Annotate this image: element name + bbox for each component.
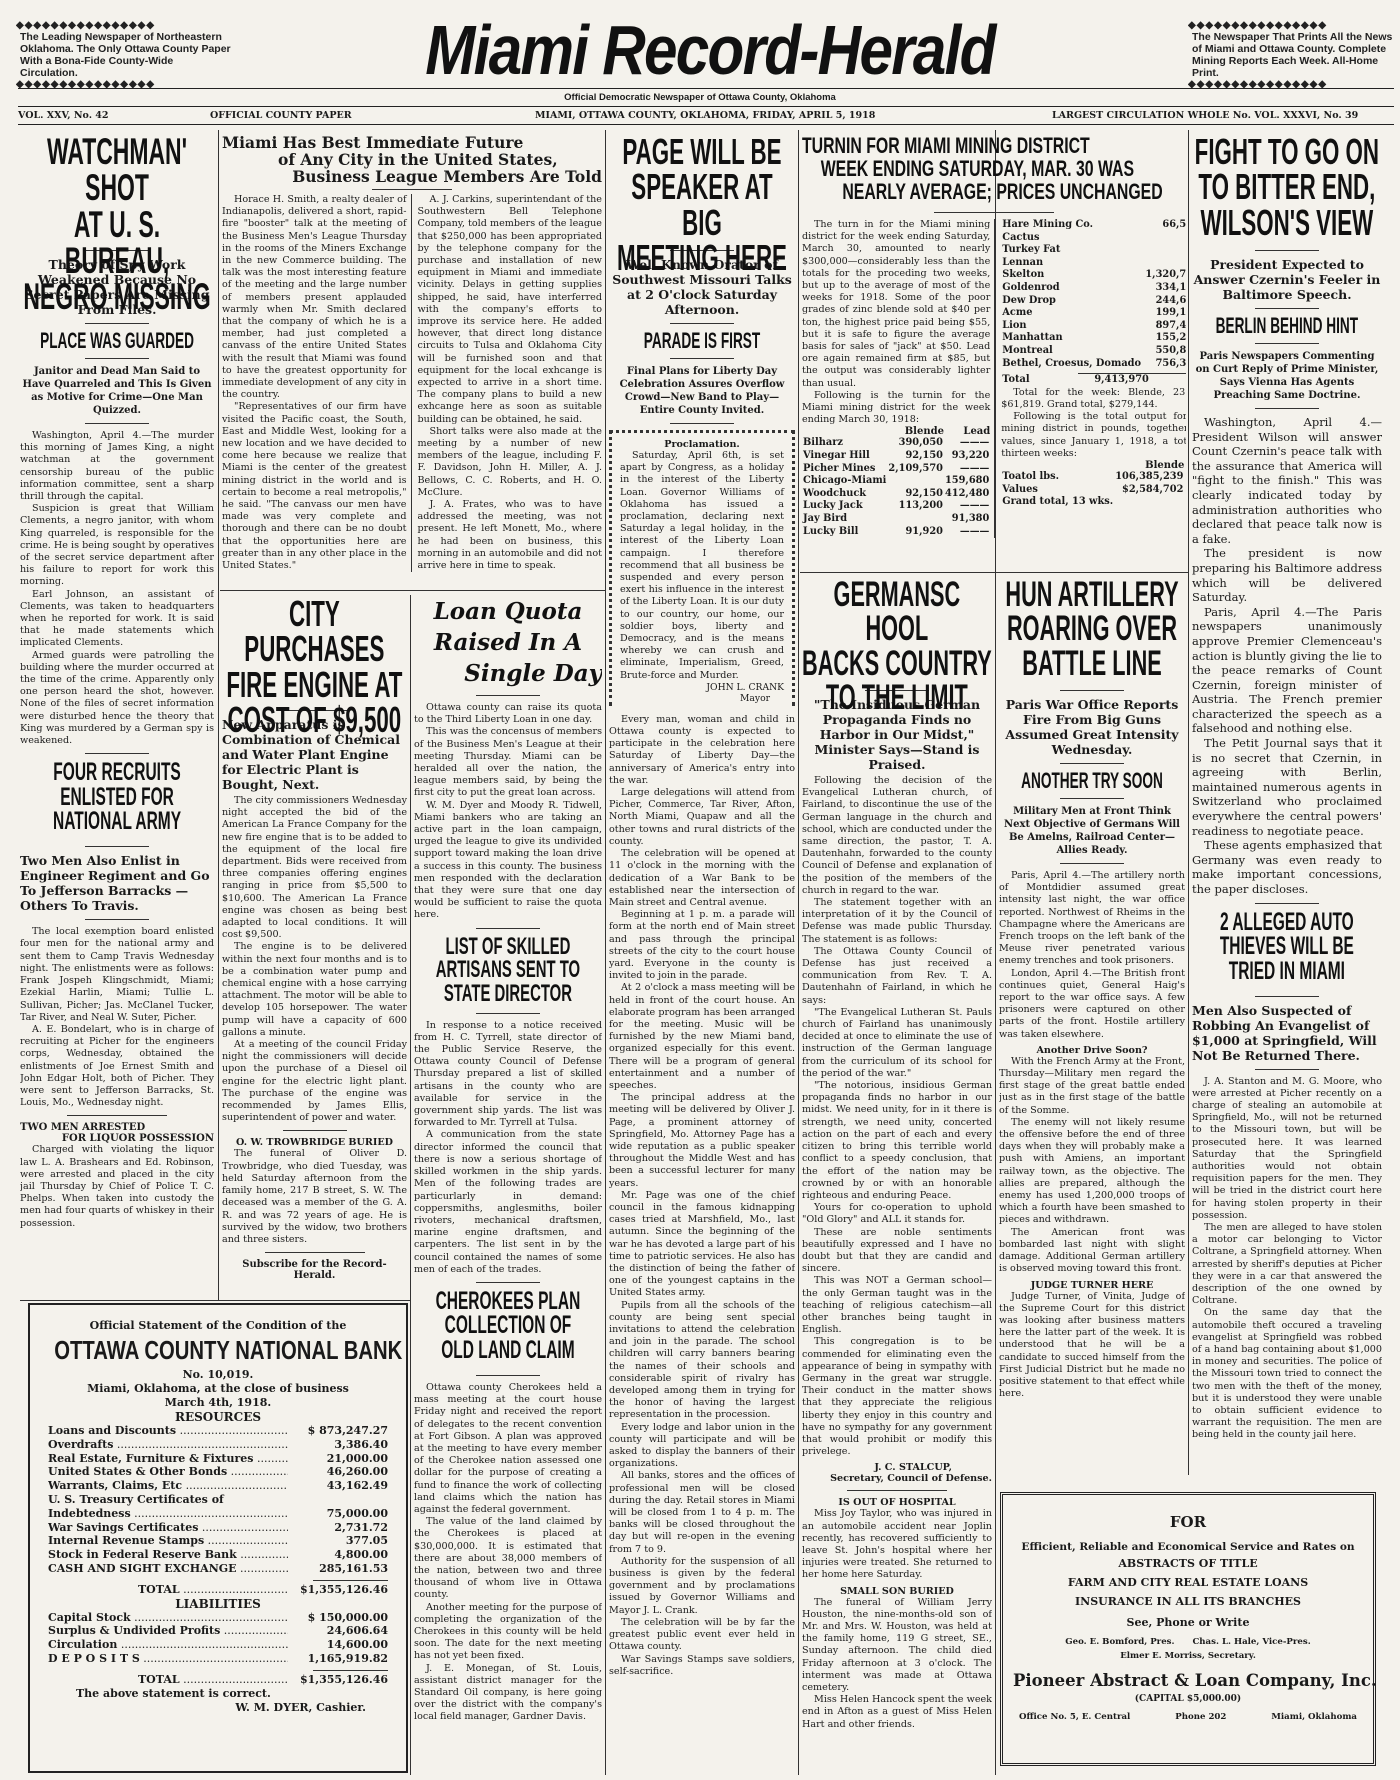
separator <box>476 1282 540 1283</box>
line-item-amount: 75,000.00 <box>288 1507 388 1521</box>
mine-value <box>887 475 944 488</box>
mine-name: Vinegar Hill <box>802 450 887 463</box>
ad-capital: (CAPITAL $5,000.00) <box>1013 1694 1363 1704</box>
headline: CHEROKEES PLAN COLLECTION OF OLD LAND CL… <box>414 1289 602 1363</box>
column-rule <box>1188 130 1189 1475</box>
table-row: Cactus30,870 <box>1001 232 1186 245</box>
separator <box>1255 1069 1319 1070</box>
table-row: Dew Drop244,61088,480 <box>1001 295 1186 308</box>
proclamation-signature-title: Mayor <box>620 693 784 704</box>
line-item-amount: 14,600.00 <box>288 1638 388 1652</box>
article-body: Ottawa county Cherokees held a mass meet… <box>414 1382 602 1724</box>
column-rule <box>605 130 606 1775</box>
paragraph: The city commissioners Wednesday night a… <box>222 795 407 941</box>
paragraph: Suspicion is great that William Clements… <box>20 503 214 588</box>
ad-service: ABSTRACTS OF TITLE <box>1013 1555 1363 1572</box>
article-body: The local exemption board enlisted four … <box>20 926 214 1109</box>
separator <box>1060 690 1124 691</box>
paragraph: This congregation is to be commended for… <box>802 1336 992 1458</box>
paragraph: "Representatives of our firm have visite… <box>222 401 407 572</box>
headline: CITY PURCHASES FIRE ENGINE AT COST OF $9… <box>222 596 407 737</box>
mine-value: ——— <box>944 526 990 539</box>
headline: GERMANSC HOOL BACKS COUNTRY TO THE LIMIT <box>802 578 992 715</box>
paragraph: These are noble sentiments beautifully e… <box>802 1227 992 1276</box>
mine-name: Cactus <box>1001 232 1143 245</box>
table-row: Hare Mining Co.66,500——— <box>1001 219 1186 232</box>
line-item-label: CASH AND SIGHT EXCHANGE <box>48 1562 288 1576</box>
paragraph: J. E. Monegan, of St. Louis, assistant d… <box>414 1663 602 1724</box>
separator <box>670 323 734 324</box>
mine-value: 159,680 <box>944 475 990 488</box>
article-wilson: FIGHT TO GO ON TO BITTER END, WILSON'S V… <box>1192 134 1382 1474</box>
paragraph: Ottawa county can raise its quota to the… <box>414 702 602 726</box>
article-body: Ottawa county can raise its quota to the… <box>414 702 602 922</box>
mining-right: Hare Mining Co.66,500———Cactus30,870Turk… <box>1001 219 1186 538</box>
paragraph: Washington, April 4.—The murder this mor… <box>20 430 214 503</box>
article-body: The turn in for the Miami mining distric… <box>802 219 990 426</box>
paragraph: This was NOT a German school—the only Ge… <box>802 1275 992 1336</box>
paragraph: On the same day that the automobile thef… <box>1192 1307 1382 1441</box>
mine-value: 2,109,570 <box>887 463 944 476</box>
ad-service: FARM AND CITY REAL ESTATE LOANS <box>1013 1574 1363 1591</box>
paragraph: At a meeting of the council Friday night… <box>222 1039 407 1124</box>
headline-line: HUN ARTILLERY <box>999 578 1185 612</box>
deck: Two Men Also Enlist in Engineer Regiment… <box>20 853 214 913</box>
separator <box>1255 343 1319 344</box>
paragraph: A. E. Bondelart, who is in charge of rec… <box>20 1024 214 1109</box>
mine-name: Chicago-Miami <box>802 475 887 488</box>
paragraph: Miss Helen Hancock spent the week end in… <box>802 1694 992 1731</box>
paragraph: The principal address at the meeting wil… <box>609 1092 795 1190</box>
bank-line-item: D E P O S I T S1,165,919.82 <box>48 1652 388 1666</box>
mine-name: Skelton <box>1001 269 1143 282</box>
mine-value: 244,610 <box>1144 295 1186 308</box>
paragraph: J. A. Frates, who was to have addressed … <box>418 499 603 572</box>
bank-line-item: Loans and Discounts$ 873,247.27 <box>48 1424 388 1438</box>
bank-line-item: Surplus & Undivided Profits24,606.64 <box>48 1624 388 1638</box>
line-item-amount: 2,731.72 <box>288 1521 388 1535</box>
subhead: ANOTHER TRY SOON <box>999 770 1185 792</box>
headline-line: CHEROKEES PLAN <box>414 1289 602 1314</box>
mine-name: Hare Mining Co. <box>1001 219 1143 232</box>
headline: FIGHT TO GO ON TO BITTER END, WILSON'S V… <box>1192 134 1382 240</box>
article-fire-engine: CITY PURCHASES FIRE ENGINE AT COST OF $9… <box>222 596 407 1296</box>
paragraph: Authority for the suspension of all busi… <box>609 1556 795 1617</box>
column-header: Lead <box>1184 460 1186 471</box>
column-header <box>1001 460 1114 471</box>
paragraph: Short talks were also made at the meetin… <box>418 426 603 499</box>
headline-line: ENLISTED FOR <box>20 785 214 810</box>
headline-line: COLLECTION OF <box>414 1313 602 1338</box>
mine-value: 1,320,740 <box>1144 269 1186 282</box>
paragraph: "The Evangelical Lutheran St. Pauls chur… <box>802 1007 992 1080</box>
headline-line: FIGHT TO GO ON <box>1192 134 1382 169</box>
right-ear-box: ◆◆◆◆◆◆◆◆◆◆◆◆◆◆◆◆ The Newspaper That Prin… <box>1188 20 1400 90</box>
ad-officers: Geo. E. Bomford, Pres. Chas. L. Hale, Vi… <box>1013 1635 1363 1663</box>
signer: W. M. DYER, Cashier. <box>48 1701 388 1715</box>
article-body: Every man, woman and child in Ottawa cou… <box>609 714 795 1678</box>
line-item-amount: 21,000.00 <box>288 1452 388 1466</box>
bank-line-item: CASH AND SIGHT EXCHANGE285,161.53 <box>48 1562 388 1576</box>
paragraph: J. A. Stanton and M. G. Moore, who were … <box>1192 1076 1382 1222</box>
subhead: PLACE WAS GUARDED <box>20 330 214 352</box>
table-header-row: BlendeLead <box>1001 460 1186 471</box>
signature: J. C. STALCUP, <box>802 1462 992 1473</box>
headline: PAGE WILL BE SPEAKER AT BIG MEETING HERE <box>609 134 795 275</box>
headline-line: 2 ALLEGED AUTO <box>1192 910 1382 935</box>
mine-value: 9,413,970 <box>1052 374 1150 387</box>
officer: Elmer E. Morriss, Secretary. <box>1120 1651 1256 1661</box>
table-row: Lucky Jack113,200——— <box>802 500 990 513</box>
paragraph: Miss Joy Taylor, who was injured in an a… <box>802 1508 992 1581</box>
article-body: With the French Army at the Front, Thurs… <box>999 1056 1185 1276</box>
total-rule <box>313 1670 388 1671</box>
headline-line: SPEAKER AT BIG <box>609 169 795 240</box>
mine-value: 66,500 <box>1144 219 1186 232</box>
mine-value: $2,584,702 <box>1114 484 1184 497</box>
ad-company: Pioneer Abstract & Loan Company, Inc. <box>1013 1671 1363 1690</box>
officer: Geo. E. Bomford, Pres. <box>1065 1637 1174 1647</box>
paragraph: Judge Turner, of Vinita, Judge of the Su… <box>999 1291 1185 1401</box>
table-row: Chicago-Miami159,680 <box>802 475 990 488</box>
article-body: Paris, April 4.—The artillery north of M… <box>999 870 1185 1041</box>
table-row: Woodchuck92,150412,480 <box>802 488 990 501</box>
mine-name: Grand total, 13 wks. <box>1001 496 1114 509</box>
mine-name: Bilharz <box>802 437 887 450</box>
subhead: FOR LIQUOR POSSESSION <box>20 1133 214 1144</box>
deck: Paris War Office Reports Fire From Big G… <box>999 697 1185 757</box>
total-label: TOTAL <box>48 1583 288 1597</box>
headline-line: NEGRO MISSING <box>20 279 214 315</box>
separator <box>1255 996 1319 997</box>
paragraph: The local exemption board enlisted four … <box>20 926 214 1024</box>
separator <box>476 1375 540 1376</box>
headline-line: THIEVES WILL BE <box>1192 934 1382 959</box>
proclamation-box: Proclamation. Saturday, April 6th, is se… <box>609 430 795 706</box>
mine-name: Lennan <box>1001 257 1143 270</box>
headline-line: ROARING OVER <box>999 612 1185 646</box>
separator <box>85 423 149 424</box>
table-row: Picher Mines2,109,570——— <box>802 463 990 476</box>
subhead: SMALL SON BURIED <box>802 1586 992 1597</box>
table-row: Values$2,584,702$7,549,35 <box>1001 484 1186 497</box>
headline-line: ARTISANS SENT TO <box>414 958 602 982</box>
headline-line: BATTLE LINE <box>999 647 1185 681</box>
masthead-rule <box>18 106 1394 107</box>
paragraph: The turn in for the Miami mining distric… <box>802 219 990 390</box>
mine-value <box>1114 496 1184 509</box>
separator <box>1060 763 1124 764</box>
separator <box>67 1115 167 1116</box>
line-item-amount: 285,161.53 <box>288 1562 388 1576</box>
ad-service: INSURANCE IN ALL ITS BRANCHES <box>1013 1593 1363 1610</box>
table-header-row: BlendeLead <box>802 426 990 437</box>
attestation: The above statement is correct. <box>48 1687 388 1701</box>
paragraph: These agents emphasized that Germany was… <box>1192 838 1382 896</box>
table-row: Vinegar Hill92,15093,220 <box>802 450 990 463</box>
ad-city: Miami, Oklahoma <box>1271 1712 1357 1722</box>
paragraph: Every man, woman and child in Ottawa cou… <box>609 714 795 787</box>
subhead: JUDGE TURNER HERE <box>999 1280 1185 1291</box>
column-header <box>802 426 887 437</box>
article-body: Judge Turner, of Vinita, Judge of the Su… <box>999 1291 1185 1401</box>
paragraph: W. M. Dyer and Moody R. Tidwell, Miami b… <box>414 800 602 922</box>
headline: TURNIN FOR MIAMI MINING DISTRICT WEEK EN… <box>802 134 1184 203</box>
mine-name: Bethel, Croesus, Domado <box>1001 358 1143 371</box>
article-loan-quota: Loan Quota Raised In A Single Day Ottawa… <box>414 596 602 1776</box>
paragraph: The celebration will be by far the great… <box>609 1617 795 1654</box>
line-item-label: War Savings Certificates <box>48 1521 288 1535</box>
bank-line-item: Internal Revenue Stamps377.05 <box>48 1534 388 1548</box>
paragraph: Horace H. Smith, a realty dealer of Indi… <box>222 194 407 401</box>
liabilities-total-row: TOTAL $1,355,126.46 <box>48 1673 388 1687</box>
line-item-label: D E P O S I T S <box>48 1652 288 1666</box>
mine-value: ——— <box>944 500 990 513</box>
separator <box>1255 408 1319 409</box>
headline-line: Raised In A <box>414 627 602 658</box>
paragraph: Following is the turnin for the Miami mi… <box>802 390 990 427</box>
mining-left: The turn in for the Miami mining distric… <box>802 219 995 538</box>
headline-line: STATE DIRECTOR <box>414 982 602 1006</box>
left-ear-box: ◆◆◆◆◆◆◆◆◆◆◆◆◆◆◆◆ The Leading Newspaper o… <box>16 20 236 90</box>
liabilities-list: Capital Stock$ 150,000.00Surplus & Undiv… <box>48 1611 388 1666</box>
mine-name: Dew Drop <box>1001 295 1143 308</box>
headline-line: GERMANSC HOOL <box>802 578 992 647</box>
line-item-amount: 3,386.40 <box>288 1438 388 1452</box>
table-row: Bilharz390,050——— <box>802 437 990 450</box>
proclamation-title: Proclamation. <box>620 439 784 450</box>
circulation-note: LARGEST CIRCULATION WHOLE No. VOL. XXXVI… <box>1052 110 1358 121</box>
mine-name: Woodchuck <box>802 488 887 501</box>
table-row: Toatol lbs.106,385,23924,652,303 <box>1001 471 1186 484</box>
headline: Miami Has Best Immediate Future of Any C… <box>222 134 602 185</box>
paragraph: The enemy will not likely resume the off… <box>999 1117 1185 1227</box>
paragraph: Pupils from all the schools of the count… <box>609 1300 795 1422</box>
headline-line: PAGE WILL BE <box>609 134 795 169</box>
subhead: IS OUT OF HOSPITAL <box>802 1497 992 1508</box>
line-item-label: Warrants, Claims, Etc <box>48 1479 288 1493</box>
mine-name: Montreal <box>1001 345 1143 358</box>
article-body: Following the decision of the Evangelica… <box>802 775 992 1458</box>
total-amount: $1,355,126.46 <box>288 1673 388 1687</box>
official-subline: Official Democratic Newspaper of Ottawa … <box>0 92 1400 103</box>
ad-phone: Phone 202 <box>1175 1712 1226 1722</box>
headline-line: TO BITTER END, <box>1192 169 1382 204</box>
bank-line-item: Circulation14,600.00 <box>48 1638 388 1652</box>
line-item-label: Internal Revenue Stamps <box>48 1534 288 1548</box>
paragraph: The president is now preparing his Balti… <box>1192 546 1382 604</box>
mine-name: Values <box>1001 484 1114 497</box>
paragraph: The value of the land claimed by the Che… <box>414 1516 602 1601</box>
mining-table-left: BlendeLeadBilharz390,050———Vinegar Hill9… <box>802 426 990 538</box>
mine-name: Lion <box>1001 320 1143 333</box>
headline: 2 ALLEGED AUTO THIEVES WILL BE TRIED IN … <box>1192 910 1382 984</box>
separator <box>476 695 540 696</box>
article-body: The city commissioners Wednesday night a… <box>222 795 407 1124</box>
headline-line: CITY PURCHASES <box>222 596 407 667</box>
paragraph: Beginning at 1 p. m. a parade will form … <box>609 909 795 982</box>
table-row: Jay Bird91,380 <box>802 513 990 526</box>
paragraph: The celebration will be opened at 11 o'c… <box>609 848 795 909</box>
separator <box>1255 308 1319 309</box>
paragraph: Washington, April 4.—President Wilson wi… <box>1192 415 1382 546</box>
bank-location: Miami, Oklahoma, at the close of busines… <box>48 1382 388 1396</box>
left-ear-text: The Leading Newspaper of Northeastern Ok… <box>16 31 236 79</box>
paragraph: Total for the week: Blende, 235,325; lea… <box>1001 387 1186 411</box>
paragraph: "The notorious, insidious German propaga… <box>802 1080 992 1202</box>
headline: WATCHMAN' SHOT AT U. S. BUREAU, NEGRO MI… <box>20 134 214 315</box>
headline-line: WEEK ENDING SATURDAY, MAR. 30 WAS <box>802 157 1184 180</box>
headline-line: Single Day <box>414 658 602 689</box>
ad-office: Office No. 5, E. Central <box>1019 1712 1130 1722</box>
total-amount: $1,355,126.46 <box>288 1583 388 1597</box>
paragraph: Charged with violating the liquor law L.… <box>20 1144 214 1229</box>
headline-line: WILSON'S VIEW <box>1192 205 1382 240</box>
headline-line: LIST OF SKILLED <box>414 935 602 959</box>
headline-line: COST OF $9,500 <box>222 702 407 737</box>
line-item-amount <box>288 1493 388 1507</box>
table-row: Acme199,110——— <box>1001 307 1186 320</box>
headline-line: TO THE LIMIT <box>802 681 992 715</box>
mine-name: Turkey Fat <box>1001 244 1143 257</box>
mine-value: 113,200 <box>887 500 944 513</box>
headline: HUN ARTILLERY ROARING OVER BATTLE LINE <box>999 578 1185 681</box>
newspaper-page: ◆◆◆◆◆◆◆◆◆◆◆◆◆◆◆◆ The Leading Newspaper o… <box>0 0 1400 1780</box>
table-row: Turkey Fat84,150 <box>1001 244 1186 257</box>
line-item-amount: 24,606.64 <box>288 1624 388 1638</box>
separator <box>1255 903 1319 904</box>
pioneer-abstract-ad: FOR Efficient, Reliable and Economical S… <box>1000 1492 1376 1766</box>
separator <box>1255 250 1319 251</box>
separator <box>670 423 734 424</box>
paragraph: Following is the total output for the Mi… <box>1001 411 1186 460</box>
bank-title: OTTAWA COUNTY NATIONAL BANK <box>54 1335 382 1366</box>
headline-line: of Any City in the United States, <box>222 151 602 168</box>
headline-line: TRIED IN MIAMI <box>1192 959 1382 984</box>
ad-for: FOR <box>1013 1513 1363 1531</box>
liabilities-label: LIABILITIES <box>48 1597 388 1611</box>
subhead: PARADE IS FIRST <box>609 330 795 352</box>
paragraph: The funeral of William Jerry Houston, th… <box>802 1597 992 1695</box>
mine-name: Manhattan <box>1001 332 1143 345</box>
paragraph: A. J. Carkins, superintendant of the Sou… <box>418 194 603 426</box>
table-row: Montreal550,810——— <box>1001 345 1186 358</box>
article-german-school: GERMANSC HOOL BACKS COUNTRY TO THE LIMIT… <box>802 578 992 1776</box>
separator <box>476 928 540 929</box>
mine-value: 199,110 <box>1144 307 1186 320</box>
separator <box>85 358 149 359</box>
line-item-amount: 43,162.49 <box>288 1479 388 1493</box>
bank-date: March 4th, 1918. <box>48 1396 388 1410</box>
table-row: Total9,413,9701,454,770 <box>1001 374 1186 387</box>
paragraph: Mr. Page was one of the chief council in… <box>609 1190 795 1300</box>
table-row: Manhattan155,24067,480 <box>1001 332 1186 345</box>
mine-name: Jay Bird <box>802 513 887 526</box>
mine-name: Acme <box>1001 307 1143 320</box>
article-body: J. A. Stanton and M. G. Moore, who were … <box>1192 1076 1382 1442</box>
resources-total-row: TOTAL $1,355,126.46 <box>48 1583 388 1597</box>
line-item-amount: 46,260.00 <box>288 1465 388 1479</box>
line-item-label: Surplus & Undivided Profits <box>48 1624 288 1638</box>
separator <box>283 1130 347 1131</box>
ad-address: Office No. 5, E. Central Phone 202 Miami… <box>1013 1712 1363 1722</box>
headline-line: Loan Quota <box>414 596 602 627</box>
mine-value <box>1144 232 1186 245</box>
bank-line-item: Overdrafts3,386.40 <box>48 1438 388 1452</box>
mining-total: Total9,413,9701,454,770 <box>1001 374 1186 387</box>
line-item-amount: 377.05 <box>288 1534 388 1548</box>
article-body: In response to a notice received from H.… <box>414 1020 602 1276</box>
mine-value <box>887 513 944 526</box>
headline-line: NATIONAL ARMY <box>20 809 214 834</box>
mining-table-right: Hare Mining Co.66,500———Cactus30,870Turk… <box>1001 219 1186 370</box>
mine-value: 91,920 <box>887 526 944 539</box>
paragraph: The Ottawa County Council of Defense has… <box>802 946 992 1007</box>
separator <box>670 358 734 359</box>
article-body: Washington, April 4.—President Wilson wi… <box>1192 415 1382 897</box>
headline-line: TURNIN FOR MIAMI MINING DISTRICT <box>802 134 1184 157</box>
article-page-speaker: PAGE WILL BE SPEAKER AT BIG MEETING HERE… <box>609 134 795 1776</box>
column-header: Blende <box>887 426 944 437</box>
subhead: BERLIN BEHIND HINT <box>1192 315 1382 337</box>
article-body: Miss Joy Taylor, who was injured in an a… <box>802 1508 992 1581</box>
mine-value: 756,340 <box>1144 358 1186 371</box>
paragraph: Armed guards were patrolling the buildin… <box>20 650 214 748</box>
mine-name: Goldenrod <box>1001 282 1143 295</box>
mine-value: 897,430 <box>1144 320 1186 333</box>
article-body: The funeral of Oliver D. Trowbridge, who… <box>222 1148 407 1246</box>
mine-value: ——— <box>944 437 990 450</box>
headline-line: FOUR RECRUITS <box>20 760 214 785</box>
section-rule <box>800 572 1188 573</box>
paragraph: The American front was bombarded last ni… <box>999 1227 1185 1276</box>
subhead: TWO MEN ARRESTED <box>20 1122 214 1133</box>
headline: FOUR RECRUITS ENLISTED FOR NATIONAL ARMY <box>20 760 214 834</box>
bank-line-item: Indebtedness75,000.00 <box>48 1507 388 1521</box>
paragraph: The statement together with an interpret… <box>802 897 992 946</box>
mining-summary-table: BlendeLeadToatol lbs.106,385,23924,652,3… <box>1001 460 1186 509</box>
masthead-rule <box>18 124 1394 125</box>
bank-number: No. 10,019. <box>48 1368 388 1382</box>
line-item-label: Loans and Discounts <box>48 1424 288 1438</box>
headline-line: Miami Has Best Immediate Future <box>222 134 602 151</box>
nameplate: Miami Record-Herald <box>409 8 1011 92</box>
mine-value: 91,380 <box>944 513 990 526</box>
bank-line-item: Stock in Federal Reserve Bank4,800.00 <box>48 1548 388 1562</box>
paragraph: Every lodge and labor union in the count… <box>609 1422 795 1471</box>
separator <box>85 753 149 754</box>
article-miami-future: Miami Has Best Immediate Future of Any C… <box>222 134 602 586</box>
mine-value: 93,220 <box>944 450 990 463</box>
ear-dots-top: ◆◆◆◆◆◆◆◆◆◆◆◆◆◆◆◆ <box>1188 20 1400 31</box>
paragraph: Paris, April 4.—The Paris newspapers una… <box>1192 605 1382 736</box>
mine-value: ——— <box>944 463 990 476</box>
dateline: MIAMI, OTTAWA COUNTY, OKLAHOMA, FRIDAY, … <box>535 110 875 121</box>
line-item-label: U. S. Treasury Certificates of <box>48 1493 288 1507</box>
bank-line-item: Warrants, Claims, Etc43,162.49 <box>48 1479 388 1493</box>
mine-value: 106,385,239 <box>1114 471 1184 484</box>
paragraph: In response to a notice received from H.… <box>414 1020 602 1130</box>
article-body: Horace H. Smith, a realty dealer of Indi… <box>222 194 412 572</box>
mine-value <box>1144 257 1186 270</box>
line-item-amount: $ 150,000.00 <box>288 1611 388 1625</box>
article-body: Total for the week: Blende, 235,325; lea… <box>1001 387 1186 460</box>
article-hun-artillery: HUN ARTILLERY ROARING OVER BATTLE LINE P… <box>999 578 1185 1488</box>
bank-line-item: War Savings Certificates2,731.72 <box>48 1521 388 1535</box>
headline: LIST OF SKILLED ARTISANS SENT TO STATE D… <box>414 935 602 1006</box>
separator <box>1060 863 1124 864</box>
bank-line-item: Real Estate, Furniture & Fixtures21,000.… <box>48 1452 388 1466</box>
